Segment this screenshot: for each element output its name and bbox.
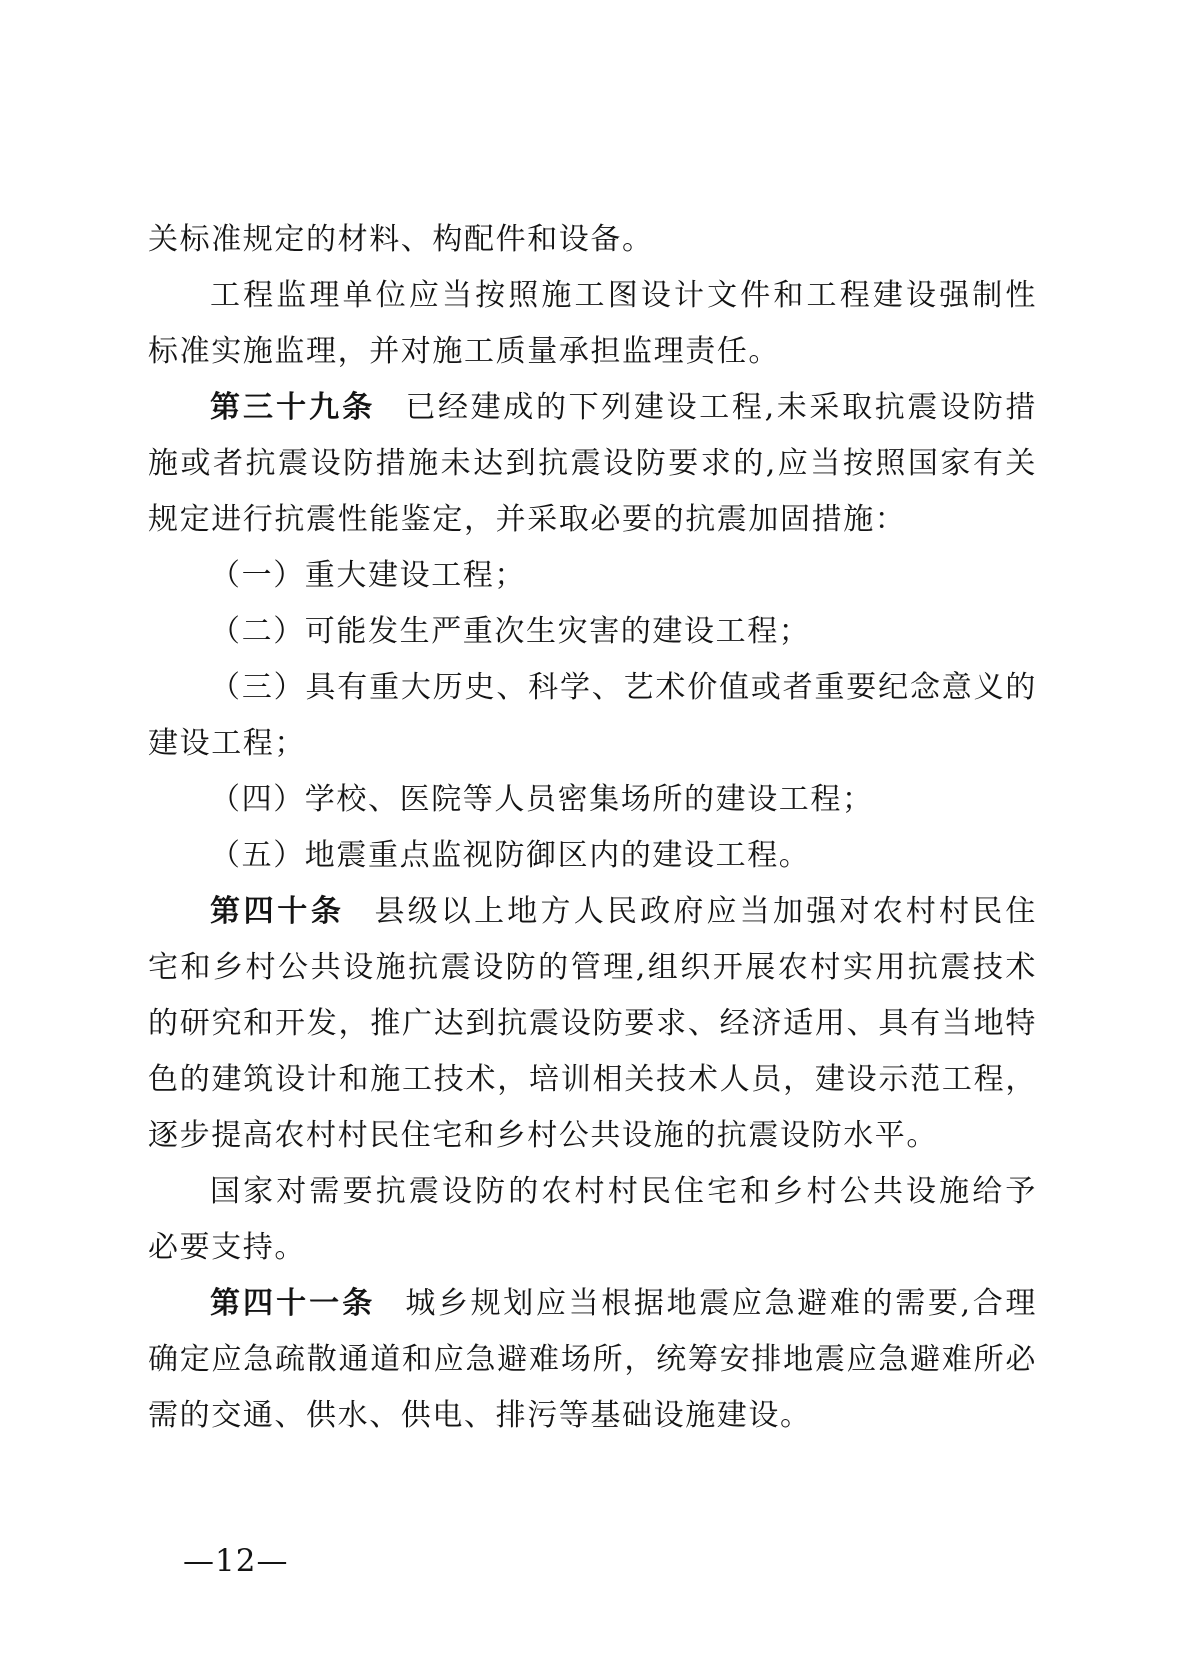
- text-line: 的研究和开发，推广达到抗震设防要求、经济适用、具有当地特: [148, 996, 1037, 1052]
- list-item: （一）重大建设工程；: [148, 548, 1037, 604]
- line-text: 城乡规划应当根据地震应急避难的需要,合理: [405, 1286, 1037, 1321]
- line-text: 色的建筑设计和施工技术，培训相关技术人员，建设示范工程，: [148, 1062, 1037, 1097]
- list-item: （二）可能发生严重次生灾害的建设工程；: [148, 604, 1037, 660]
- document-page: 关标准规定的材料、构配件和设备。 工程监理单位应当按照施工图设计文件和工程建设强…: [0, 0, 1185, 1678]
- article-number: 第四十一条: [210, 1286, 375, 1321]
- text-line: 工程监理单位应当按照施工图设计文件和工程建设强制性: [148, 268, 1037, 324]
- line-text: （三）具有重大历史、科学、艺术价值或者重要纪念意义的: [210, 670, 1037, 705]
- document-body: 关标准规定的材料、构配件和设备。 工程监理单位应当按照施工图设计文件和工程建设强…: [148, 212, 1037, 1444]
- text-line: 施或者抗震设防措施未达到抗震设防要求的,应当按照国家有关: [148, 436, 1037, 492]
- text-line: 色的建筑设计和施工技术，培训相关技术人员，建设示范工程，: [148, 1052, 1037, 1108]
- line-text: 建设工程；: [148, 726, 306, 761]
- line-text: 标准实施监理，并对施工质量承担监理责任。: [148, 334, 780, 369]
- text-line: 逐步提高农村村民住宅和乡村公共设施的抗震设防水平。: [148, 1108, 1037, 1164]
- page-number: —12—: [183, 1541, 288, 1581]
- line-text: （四）学校、医院等人员密集场所的建设工程；: [210, 782, 874, 817]
- text-line: 标准实施监理，并对施工质量承担监理责任。: [148, 324, 1037, 380]
- text-line: 第三十九条已经建成的下列建设工程,未采取抗震设防措: [148, 380, 1037, 436]
- line-text: 国家对需要抗震设防的农村村民住宅和乡村公共设施给予: [210, 1174, 1037, 1209]
- text-line: 建设工程；: [148, 716, 1037, 772]
- line-text: （二）可能发生严重次生灾害的建设工程；: [210, 614, 810, 649]
- article-number: 第四十条: [210, 894, 344, 929]
- text-line: 第四十条县级以上地方人民政府应当加强对农村村民住: [148, 884, 1037, 940]
- text-line: 需的交通、供水、供电、排污等基础设施建设。: [148, 1388, 1037, 1444]
- line-text: 的研究和开发，推广达到抗震设防要求、经济适用、具有当地特: [148, 1006, 1037, 1041]
- list-item: （三）具有重大历史、科学、艺术价值或者重要纪念意义的: [148, 660, 1037, 716]
- line-text: （一）重大建设工程；: [210, 558, 526, 593]
- text-line: 必要支持。: [148, 1220, 1037, 1276]
- text-line: 第四十一条城乡规划应当根据地震应急避难的需要,合理: [148, 1276, 1037, 1332]
- line-text: 确定应急疏散通道和应急避难场所，统筹安排地震应急避难所必: [148, 1342, 1037, 1377]
- text-line: 国家对需要抗震设防的农村村民住宅和乡村公共设施给予: [148, 1164, 1037, 1220]
- list-item: （四）学校、医院等人员密集场所的建设工程；: [148, 772, 1037, 828]
- line-text: 逐步提高农村村民住宅和乡村公共设施的抗震设防水平。: [148, 1118, 938, 1153]
- text-line: 关标准规定的材料、构配件和设备。: [148, 212, 1037, 268]
- text-line: 宅和乡村公共设施抗震设防的管理,组织开展农村实用抗震技术: [148, 940, 1037, 996]
- list-item: （五）地震重点监视防御区内的建设工程。: [148, 828, 1037, 884]
- line-text: 需的交通、供水、供电、排污等基础设施建设。: [148, 1398, 812, 1433]
- line-text: 已经建成的下列建设工程,未采取抗震设防措: [405, 390, 1037, 425]
- line-text: 宅和乡村公共设施抗震设防的管理,组织开展农村实用抗震技术: [148, 950, 1037, 985]
- line-text: （五）地震重点监视防御区内的建设工程。: [210, 838, 810, 873]
- line-text: 施或者抗震设防措施未达到抗震设防要求的,应当按照国家有关: [148, 446, 1037, 481]
- text-line: 确定应急疏散通道和应急避难场所，统筹安排地震应急避难所必: [148, 1332, 1037, 1388]
- line-text: 规定进行抗震性能鉴定，并采取必要的抗震加固措施：: [148, 502, 906, 537]
- article-number: 第三十九条: [210, 390, 375, 425]
- line-text: 县级以上地方人民政府应当加强对农村村民住: [374, 894, 1037, 929]
- text-line: 规定进行抗震性能鉴定，并采取必要的抗震加固措施：: [148, 492, 1037, 548]
- line-text: 关标准规定的材料、构配件和设备。: [148, 222, 654, 257]
- line-text: 必要支持。: [148, 1230, 306, 1265]
- line-text: 工程监理单位应当按照施工图设计文件和工程建设强制性: [210, 278, 1037, 313]
